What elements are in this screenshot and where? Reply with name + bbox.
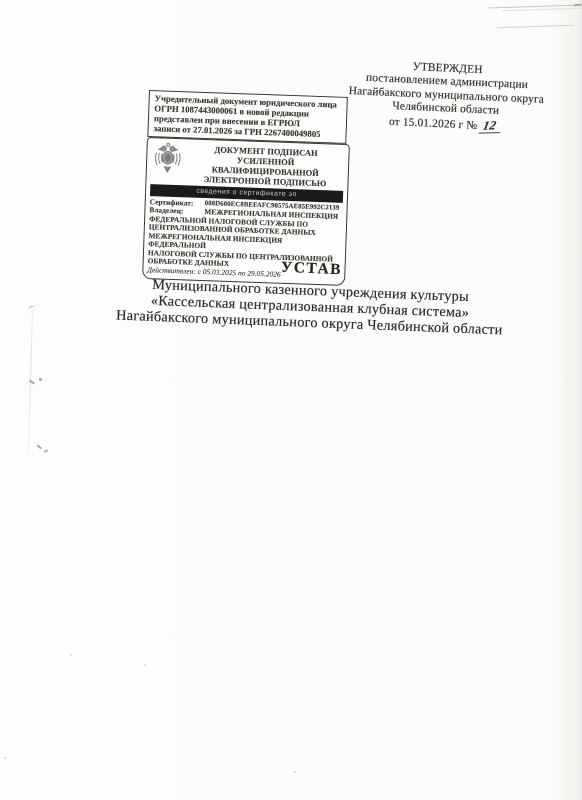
stamp-title-lines: ДОКУМЕНТ ПОДПИСАН УСИЛЕННОЙ КВАЛИФИЦИРОВ… — [185, 141, 345, 190]
binding-thread-mark — [39, 378, 42, 381]
double-headed-eagle-icon — [151, 141, 185, 176]
binding-thread-mark — [37, 445, 42, 450]
document-page: УТВЕРЖДЕН постановлением администрации Н… — [0, 0, 582, 800]
scan-speck — [4, 757, 6, 759]
scan-speck — [70, 654, 72, 656]
scan-artifact-tick — [574, 3, 581, 6]
approval-block: УТВЕРЖДЕН постановлением администрации Н… — [324, 57, 569, 137]
scan-speck — [294, 771, 296, 773]
scan-artifact-line — [497, 25, 574, 29]
binding-thread-mark — [44, 449, 48, 452]
binding-thread-mark — [27, 305, 35, 312]
stamp-header: ДОКУМЕНТ ПОДПИСАН УСИЛЕННОЙ КВАЛИФИЦИРОВ… — [149, 140, 345, 190]
document-title-block: УСТАВ Муниципального казенного учреждени… — [49, 250, 571, 342]
handwritten-document-number: 12 — [479, 119, 503, 134]
registration-record-box: Учредительный документ юридического лица… — [147, 90, 348, 144]
approval-date-prefix: от 15.01.2026 г № — [389, 116, 478, 132]
scan-artifact-line — [502, 8, 582, 12]
paper-edge-shadow — [566, 34, 567, 800]
scan-speck — [144, 664, 146, 666]
